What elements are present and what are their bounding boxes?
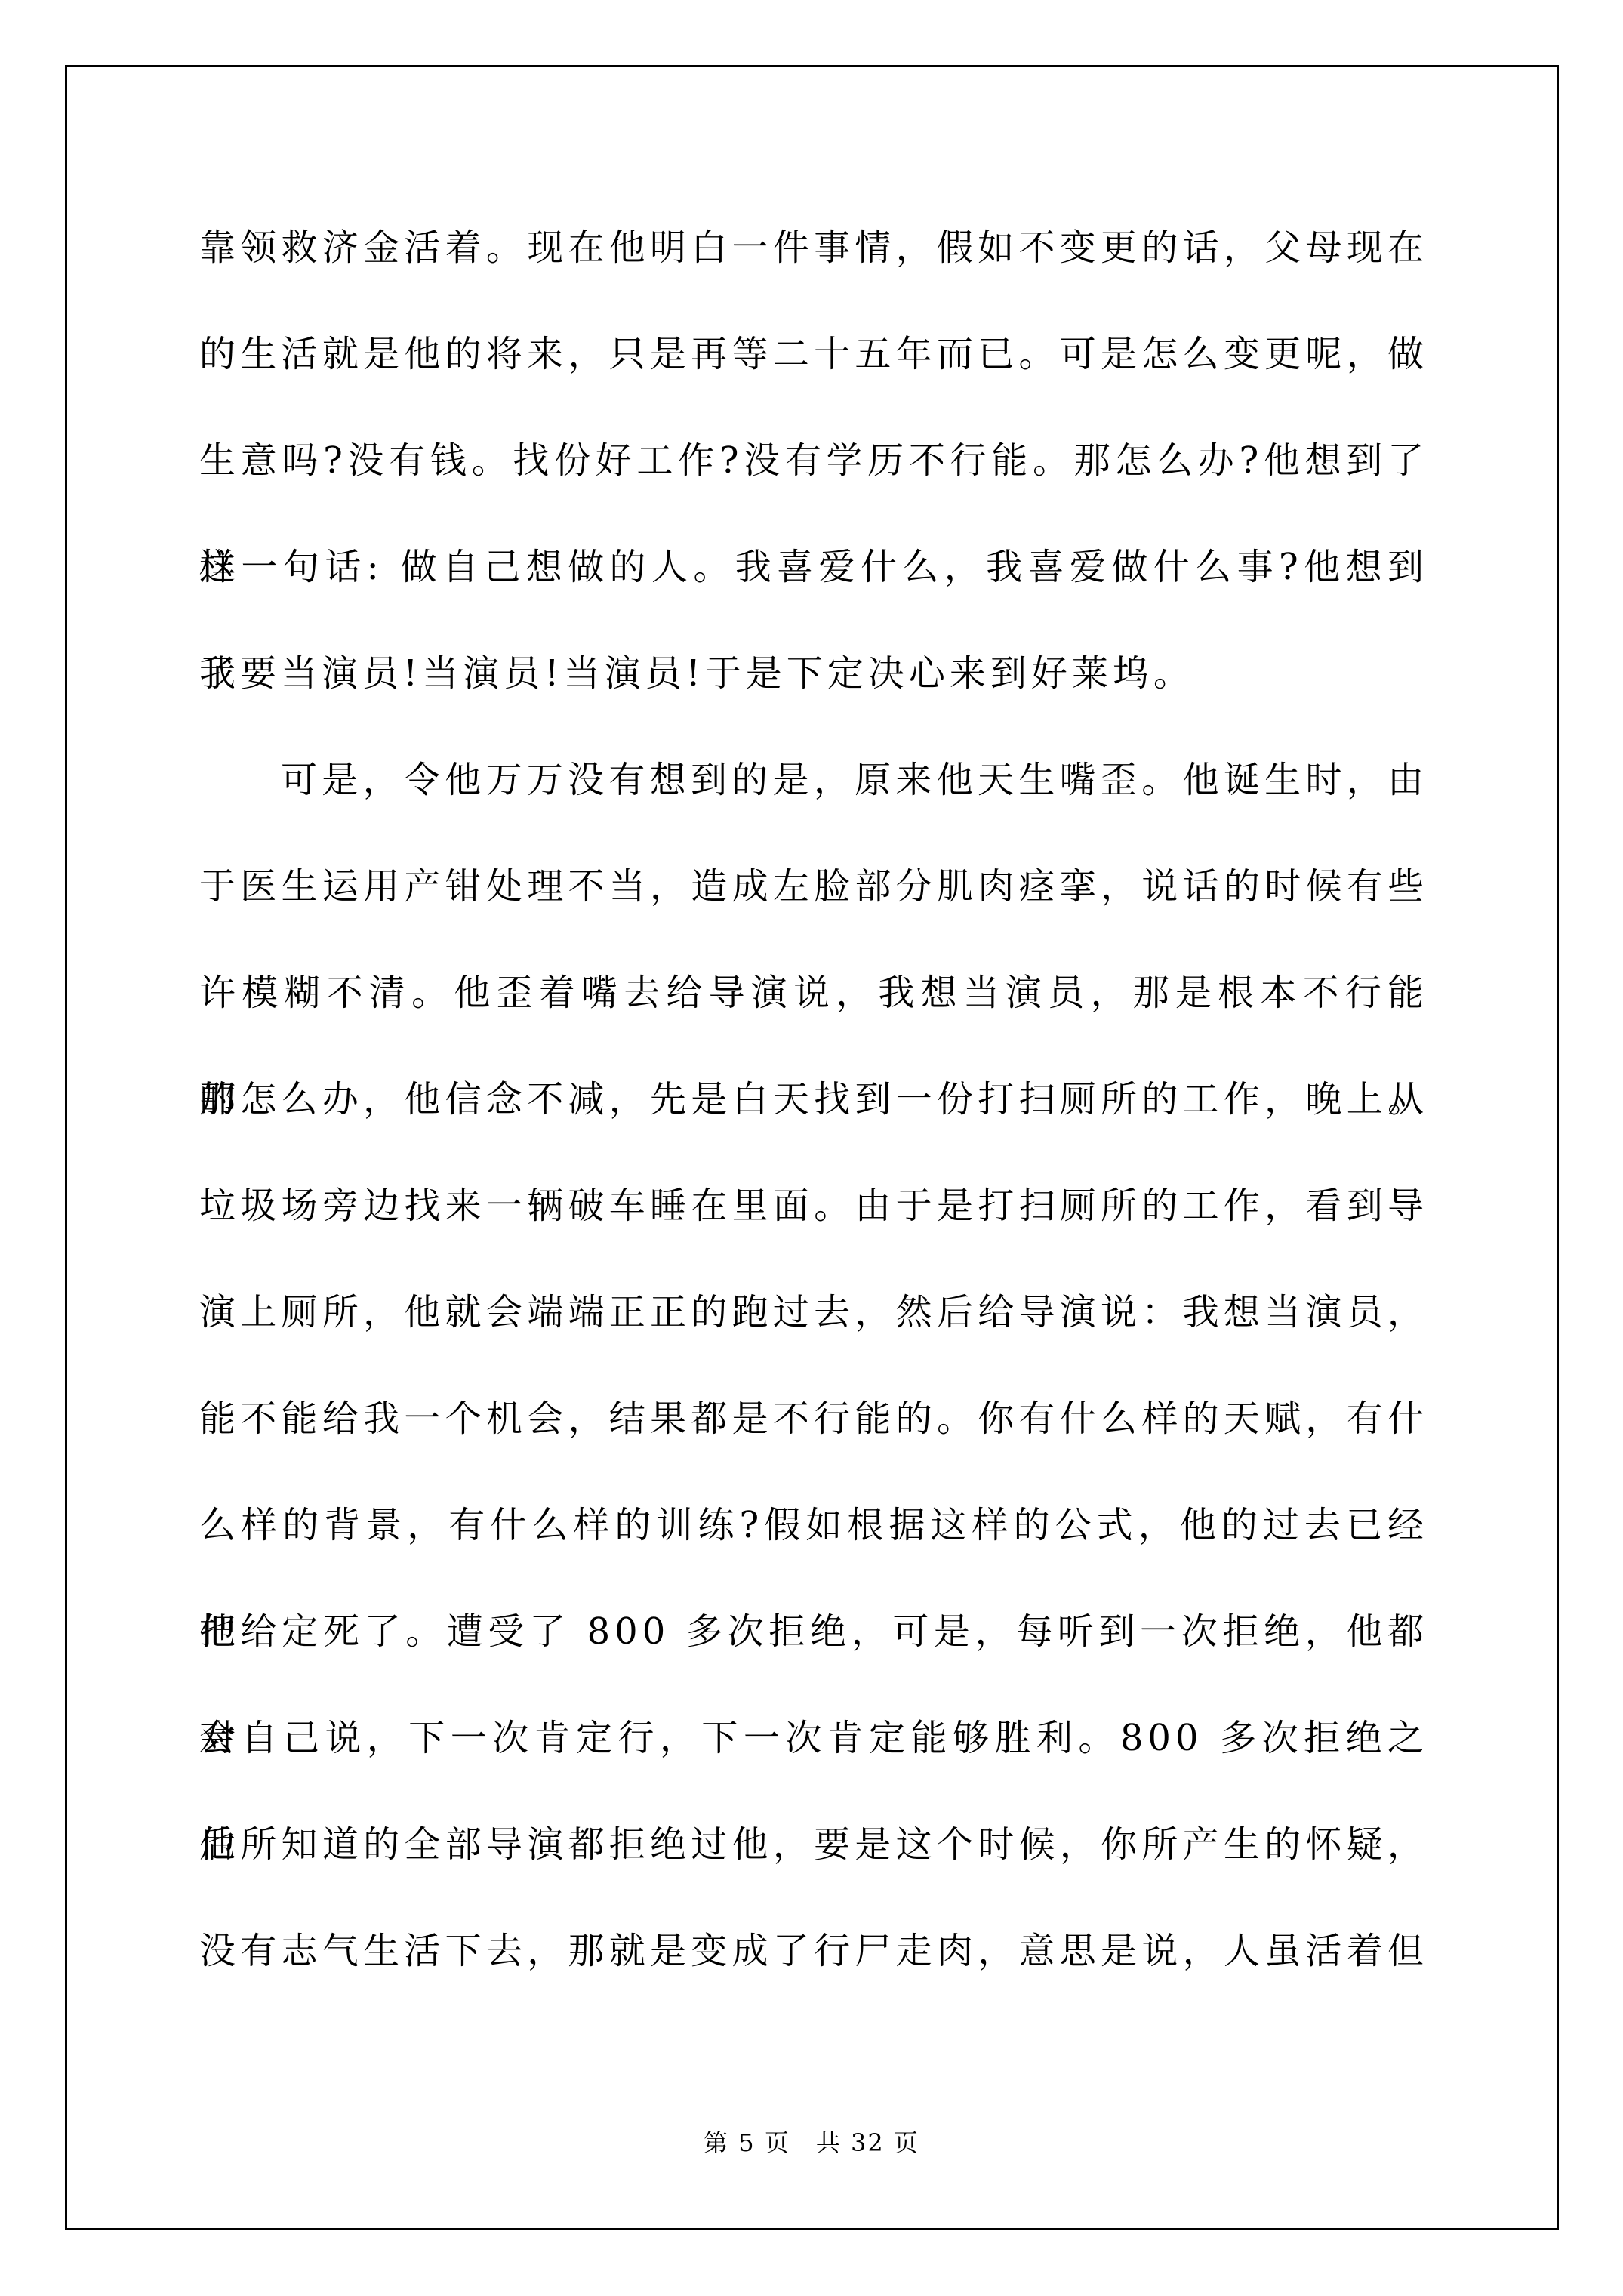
text-line: 样一句话: 做自己想做的人。我喜爱什么，我喜爱做什么事?他想到了: [199, 514, 1428, 621]
text-line: 没有志气生活下去，那就是变成了行尸走肉，意思是说，人虽活着但: [199, 1898, 1428, 2005]
text-line: 我要当演员!当演员!当演员!于是下定决心来到好莱坞。: [199, 621, 1428, 727]
text-line: 于医生运用产钳处理不当，造成左脸部分肌肉痉挛，说话的时候有些: [199, 834, 1428, 940]
page-number-label: 第 5 页 共 32 页: [704, 2128, 919, 2157]
text-line: 对自己说，下一次肯定行，下一次肯定能够胜利。800 多次拒绝之后，: [199, 1685, 1428, 1792]
text-line: 可是，令他万万没有想到的是，原来他天生嘴歪。他诞生时，由: [199, 727, 1428, 834]
body-text: 靠领救济金活着。现在他明白一件事情，假如不变更的话，父母现在的生活就是他的将来，…: [199, 195, 1428, 2005]
page-footer: 第 5 页 共 32 页: [0, 2128, 1623, 2158]
text-line: 能不能给我一个机会，结果都是不行能的。你有什么样的天赋，有什: [199, 1366, 1428, 1472]
text-line: 靠领救济金活着。现在他明白一件事情，假如不变更的话，父母现在: [199, 195, 1428, 301]
text-line: 他所知道的全部导演都拒绝过他，要是这个时候，你所产生的怀疑，: [199, 1792, 1428, 1898]
document-page: { "document": { "colors": { "background"…: [0, 0, 1623, 2296]
text-line: 生意吗?没有钱。找份好工作?没有学历不行能。那怎么办?他想到了这: [199, 408, 1428, 514]
text-line: 的生活就是他的将来，只是再等二十五年而已。可是怎么变更呢，做: [199, 301, 1428, 408]
text-line: 演上厕所，他就会端端正正的跑过去，然后给导演说：我想当演员，: [199, 1259, 1428, 1366]
text-line: 那怎么办，他信念不减，先是白天找到一份打扫厕所的工作，晚上从: [199, 1046, 1428, 1153]
text-line: 他给定死了。遭受了 800 多次拒绝，可是，每听到一次拒绝，他都会: [199, 1579, 1428, 1685]
text-line: 垃圾场旁边找来一辆破车睡在里面。由于是打扫厕所的工作，看到导: [199, 1153, 1428, 1259]
text-line: 么样的背景，有什么样的训练?假如根据这样的公式，他的过去已经把: [199, 1472, 1428, 1579]
text-line: 许模糊不清。他歪着嘴去给导演说，我想当演员，那是根本不行能的。: [199, 940, 1428, 1046]
